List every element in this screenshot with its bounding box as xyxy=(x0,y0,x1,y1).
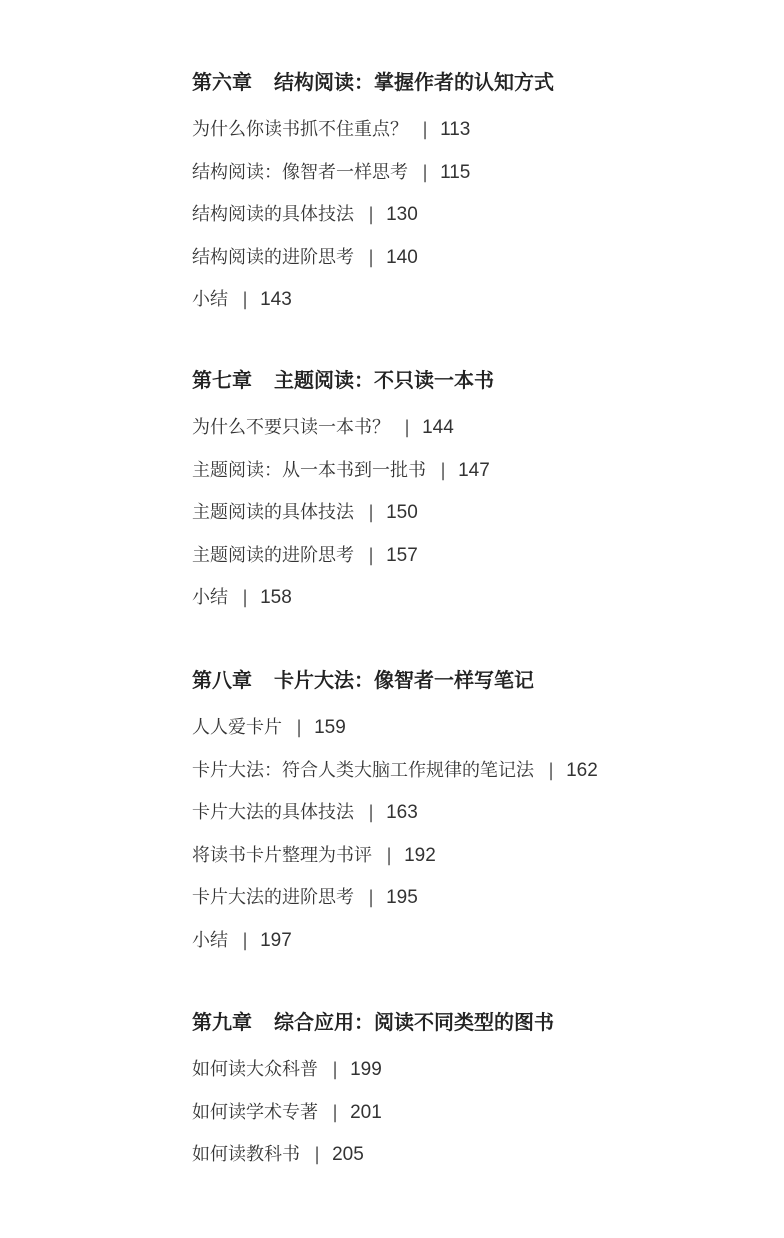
chapter-title: 综合应用：阅读不同类型的图书 xyxy=(274,1010,554,1034)
toc-entry[interactable]: 小结|143 xyxy=(192,279,554,322)
chapter-number: 第七章 xyxy=(192,368,252,392)
page-number: 163 xyxy=(386,802,418,823)
separator: | xyxy=(368,535,374,578)
entry-title: 为什么不要只读一本书？ xyxy=(192,417,390,438)
separator: | xyxy=(368,194,374,237)
chapter-heading: 第六章结构阅读：掌握作者的认知方式 xyxy=(192,67,554,97)
page-number: 159 xyxy=(314,717,346,738)
entry-title: 小结 xyxy=(192,587,228,608)
toc-entry[interactable]: 卡片大法：符合人类大脑工作规律的笔记法|162 xyxy=(192,750,598,793)
toc-entry[interactable]: 如何读教科书|205 xyxy=(192,1134,554,1177)
separator: | xyxy=(404,407,410,450)
toc-entry[interactable]: 主题阅读：从一本书到一批书|147 xyxy=(192,450,494,493)
entry-title: 卡片大法：符合人类大脑工作规律的笔记法 xyxy=(192,760,534,781)
toc-entry[interactable]: 人人爱卡片|159 xyxy=(192,707,598,750)
chapter-heading: 第七章主题阅读：不只读一本书 xyxy=(192,365,494,395)
entry-title: 如何读学术专著 xyxy=(192,1102,318,1123)
separator: | xyxy=(386,835,392,878)
toc-entry[interactable]: 主题阅读的进阶思考|157 xyxy=(192,535,494,578)
separator: | xyxy=(368,792,374,835)
separator: | xyxy=(242,279,248,322)
separator: | xyxy=(440,450,446,493)
separator: | xyxy=(332,1092,338,1135)
chapter-number: 第九章 xyxy=(192,1010,252,1034)
separator: | xyxy=(548,750,554,793)
entry-title: 人人爱卡片 xyxy=(192,717,282,738)
entry-title: 小结 xyxy=(192,289,228,310)
toc-entry[interactable]: 为什么你读书抓不住重点？|113 xyxy=(192,109,554,152)
separator: | xyxy=(296,707,302,750)
separator: | xyxy=(422,109,428,152)
page-number: 158 xyxy=(260,587,292,608)
page-number: 130 xyxy=(386,204,418,225)
entry-title: 结构阅读的具体技法 xyxy=(192,204,354,225)
entry-title: 结构阅读的进阶思考 xyxy=(192,247,354,268)
page-number: 199 xyxy=(350,1059,382,1080)
entry-title: 卡片大法的具体技法 xyxy=(192,802,354,823)
entry-title: 卡片大法的进阶思考 xyxy=(192,887,354,908)
page-number: 157 xyxy=(386,545,418,566)
toc-entry[interactable]: 结构阅读的具体技法|130 xyxy=(192,194,554,237)
chapter-heading: 第八章卡片大法：像智者一样写笔记 xyxy=(192,665,598,695)
chapter-heading: 第九章综合应用：阅读不同类型的图书 xyxy=(192,1007,554,1037)
toc-entry[interactable]: 主题阅读的具体技法|150 xyxy=(192,492,494,535)
separator: | xyxy=(368,877,374,920)
page-number: 205 xyxy=(332,1144,364,1165)
page-number: 150 xyxy=(386,502,418,523)
toc-entry[interactable]: 卡片大法的具体技法|163 xyxy=(192,792,598,835)
page-number: 140 xyxy=(386,247,418,268)
page-number: 113 xyxy=(440,119,470,140)
toc-entry[interactable]: 结构阅读的进阶思考|140 xyxy=(192,237,554,280)
table-of-contents-page: 第六章结构阅读：掌握作者的认知方式 为什么你读书抓不住重点？|113 结构阅读：… xyxy=(0,0,784,1238)
chapter-6: 第六章结构阅读：掌握作者的认知方式 为什么你读书抓不住重点？|113 结构阅读：… xyxy=(192,67,554,322)
chapter-9: 第九章综合应用：阅读不同类型的图书 如何读大众科普|199 如何读学术专著|20… xyxy=(192,1007,554,1177)
entry-title: 如何读大众科普 xyxy=(192,1059,318,1080)
separator: | xyxy=(332,1049,338,1092)
entry-title: 主题阅读的进阶思考 xyxy=(192,545,354,566)
page-number: 201 xyxy=(350,1102,382,1123)
toc-entry[interactable]: 如何读学术专著|201 xyxy=(192,1092,554,1135)
toc-entry[interactable]: 小结|197 xyxy=(192,920,598,963)
entry-title: 将读书卡片整理为书评 xyxy=(192,845,372,866)
page-number: 143 xyxy=(260,289,292,310)
toc-entry[interactable]: 如何读大众科普|199 xyxy=(192,1049,554,1092)
entry-title: 为什么你读书抓不住重点？ xyxy=(192,119,408,140)
separator: | xyxy=(242,920,248,963)
chapter-number: 第六章 xyxy=(192,70,252,94)
page-number: 162 xyxy=(566,760,598,781)
toc-entry[interactable]: 卡片大法的进阶思考|195 xyxy=(192,877,598,920)
separator: | xyxy=(368,492,374,535)
entry-title: 主题阅读：从一本书到一批书 xyxy=(192,460,426,481)
page-number: 195 xyxy=(386,887,418,908)
chapter-7: 第七章主题阅读：不只读一本书 为什么不要只读一本书？|144 主题阅读：从一本书… xyxy=(192,365,494,620)
page-number: 144 xyxy=(422,417,454,438)
separator: | xyxy=(368,237,374,280)
toc-entry[interactable]: 结构阅读：像智者一样思考|115 xyxy=(192,152,554,195)
separator: | xyxy=(242,577,248,620)
separator: | xyxy=(314,1134,320,1177)
chapter-title: 主题阅读：不只读一本书 xyxy=(274,368,494,392)
toc-entry[interactable]: 将读书卡片整理为书评|192 xyxy=(192,835,598,878)
separator: | xyxy=(422,152,428,195)
chapter-title: 结构阅读：掌握作者的认知方式 xyxy=(274,70,554,94)
entry-title: 如何读教科书 xyxy=(192,1144,300,1165)
chapter-8: 第八章卡片大法：像智者一样写笔记 人人爱卡片|159 卡片大法：符合人类大脑工作… xyxy=(192,665,598,962)
entry-title: 结构阅读：像智者一样思考 xyxy=(192,162,408,183)
chapter-title: 卡片大法：像智者一样写笔记 xyxy=(274,668,534,692)
chapter-number: 第八章 xyxy=(192,668,252,692)
page-number: 197 xyxy=(260,930,292,951)
page-number: 147 xyxy=(458,460,490,481)
page-number: 192 xyxy=(404,845,436,866)
entry-title: 主题阅读的具体技法 xyxy=(192,502,354,523)
toc-entry[interactable]: 为什么不要只读一本书？|144 xyxy=(192,407,494,450)
toc-entry[interactable]: 小结|158 xyxy=(192,577,494,620)
entry-title: 小结 xyxy=(192,930,228,951)
page-number: 115 xyxy=(440,162,470,183)
